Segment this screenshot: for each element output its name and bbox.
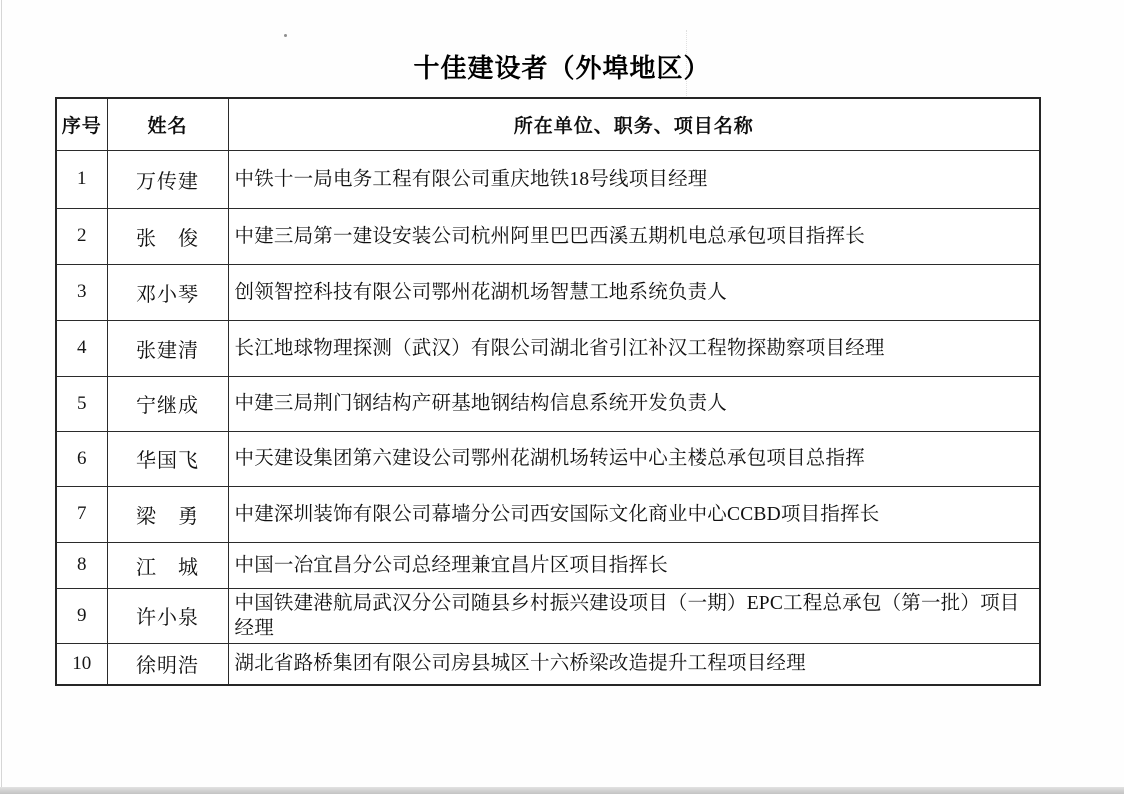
table-row: 6华国飞中天建设集团第六建设公司鄂州花湖机场转运中心主楼总承包项目总指挥 bbox=[56, 431, 1040, 486]
row-person-name: 华国飞 bbox=[107, 431, 228, 486]
row-serial-number: 5 bbox=[56, 376, 107, 431]
row-unit-position-project: 中国铁建港航局武汉分公司随县乡村振兴建设项目（一期）EPC工程总承包（第一批）项… bbox=[228, 588, 1040, 643]
row-person-name: 邓小琴 bbox=[107, 264, 228, 320]
table-row: 8江 城中国一冶宜昌分公司总经理兼宜昌片区项目指挥长 bbox=[56, 542, 1040, 588]
row-unit-position-project: 中国一冶宜昌分公司总经理兼宜昌片区项目指挥长 bbox=[228, 542, 1040, 588]
row-person-name: 徐明浩 bbox=[107, 643, 228, 685]
row-serial-number: 6 bbox=[56, 431, 107, 486]
header-unit-position-project: 所在单位、职务、项目名称 bbox=[228, 98, 1040, 150]
header-serial-number: 序号 bbox=[56, 98, 107, 150]
table-body: 1万传建中铁十一局电务工程有限公司重庆地铁18号线项目经理2张 俊中建三局第一建… bbox=[56, 150, 1040, 685]
scan-edge-bottom bbox=[0, 787, 1124, 794]
page-title: 十佳建设者（外埠地区） bbox=[0, 48, 1124, 85]
row-person-name: 宁继成 bbox=[107, 376, 228, 431]
row-serial-number: 4 bbox=[56, 320, 107, 376]
row-person-name: 张建清 bbox=[107, 320, 228, 376]
table-row: 2张 俊中建三局第一建设安装公司杭州阿里巴巴西溪五期机电总承包项目指挥长 bbox=[56, 208, 1040, 264]
row-serial-number: 1 bbox=[56, 150, 107, 208]
row-unit-position-project: 中建三局荆门钢结构产研基地钢结构信息系统开发负责人 bbox=[228, 376, 1040, 431]
row-serial-number: 2 bbox=[56, 208, 107, 264]
award-table: 序号 姓名 所在单位、职务、项目名称 1万传建中铁十一局电务工程有限公司重庆地铁… bbox=[55, 97, 1041, 686]
row-unit-position-project: 长江地球物理探测（武汉）有限公司湖北省引江补汉工程物探勘察项目经理 bbox=[228, 320, 1040, 376]
table-row: 7梁 勇中建深圳装饰有限公司幕墙分公司西安国际文化商业中心CCBD项目指挥长 bbox=[56, 486, 1040, 542]
scanned-document-page: 十佳建设者（外埠地区） 序号 姓名 所在单位、职务、项目名称 1万传建中铁十一局… bbox=[0, 0, 1124, 794]
row-person-name: 万传建 bbox=[107, 150, 228, 208]
row-serial-number: 8 bbox=[56, 542, 107, 588]
table-row: 4张建清长江地球物理探测（武汉）有限公司湖北省引江补汉工程物探勘察项目经理 bbox=[56, 320, 1040, 376]
row-unit-position-project: 创领智控科技有限公司鄂州花湖机场智慧工地系统负责人 bbox=[228, 264, 1040, 320]
scan-artifact-dot bbox=[284, 34, 287, 37]
row-unit-position-project: 中建三局第一建设安装公司杭州阿里巴巴西溪五期机电总承包项目指挥长 bbox=[228, 208, 1040, 264]
row-unit-position-project: 中铁十一局电务工程有限公司重庆地铁18号线项目经理 bbox=[228, 150, 1040, 208]
row-person-name: 许小泉 bbox=[107, 588, 228, 643]
header-person-name: 姓名 bbox=[107, 98, 228, 150]
row-serial-number: 10 bbox=[56, 643, 107, 685]
header-row: 序号 姓名 所在单位、职务、项目名称 bbox=[56, 98, 1040, 150]
table-row: 1万传建中铁十一局电务工程有限公司重庆地铁18号线项目经理 bbox=[56, 150, 1040, 208]
row-serial-number: 9 bbox=[56, 588, 107, 643]
row-person-name: 江 城 bbox=[107, 542, 228, 588]
row-unit-position-project: 湖北省路桥集团有限公司房县城区十六桥梁改造提升工程项目经理 bbox=[228, 643, 1040, 685]
row-unit-position-project: 中天建设集团第六建设公司鄂州花湖机场转运中心主楼总承包项目总指挥 bbox=[228, 431, 1040, 486]
row-unit-position-project: 中建深圳装饰有限公司幕墙分公司西安国际文化商业中心CCBD项目指挥长 bbox=[228, 486, 1040, 542]
scan-edge-left bbox=[1, 0, 2, 794]
row-serial-number: 7 bbox=[56, 486, 107, 542]
row-serial-number: 3 bbox=[56, 264, 107, 320]
row-person-name: 张 俊 bbox=[107, 208, 228, 264]
row-person-name: 梁 勇 bbox=[107, 486, 228, 542]
table-row: 10徐明浩湖北省路桥集团有限公司房县城区十六桥梁改造提升工程项目经理 bbox=[56, 643, 1040, 685]
table-row: 9许小泉中国铁建港航局武汉分公司随县乡村振兴建设项目（一期）EPC工程总承包（第… bbox=[56, 588, 1040, 643]
table-row: 5宁继成中建三局荆门钢结构产研基地钢结构信息系统开发负责人 bbox=[56, 376, 1040, 431]
table-row: 3邓小琴创领智控科技有限公司鄂州花湖机场智慧工地系统负责人 bbox=[56, 264, 1040, 320]
